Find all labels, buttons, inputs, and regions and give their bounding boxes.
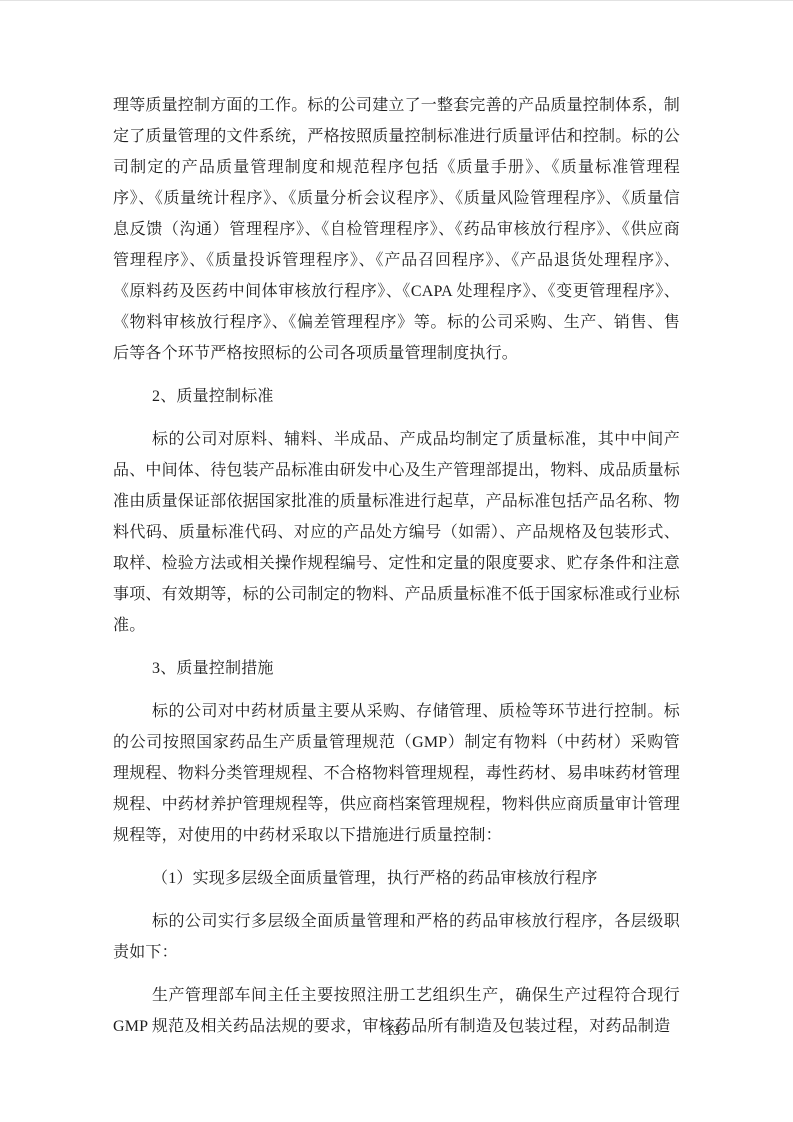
section-heading-quality-control-measures: 3、质量控制措施 bbox=[113, 653, 680, 684]
page-number: 133 bbox=[0, 1023, 793, 1041]
paragraph-multilevel-responsibilities-intro: 标的公司实行多层级全面质量管理和严格的药品审核放行程序，各层级职责如下： bbox=[113, 906, 680, 968]
paragraph-herbal-material-control: 标的公司对中药材质量主要从采购、存储管理、质检等环节进行控制。标的公司按照国家药… bbox=[113, 696, 680, 851]
paragraph-quality-standards-detail: 标的公司对原料、辅料、半成品、产成品均制定了质量标准，其中中间产品、中间体、待包… bbox=[113, 424, 680, 641]
document-page: 理等质量控制方面的工作。标的公司建立了一整套完善的产品质量控制体系，制定了质量管… bbox=[0, 0, 793, 1122]
subsection-heading-multilevel-quality-management: （1）实现多层级全面质量管理，执行严格的药品审核放行程序 bbox=[113, 863, 680, 894]
page-body: 理等质量控制方面的工作。标的公司建立了一整套完善的产品质量控制体系，制定了质量管… bbox=[113, 90, 680, 1042]
paragraph-quality-control-system-continuation: 理等质量控制方面的工作。标的公司建立了一整套完善的产品质量控制体系，制定了质量管… bbox=[113, 90, 680, 369]
section-heading-quality-control-standards: 2、质量控制标准 bbox=[113, 381, 680, 412]
